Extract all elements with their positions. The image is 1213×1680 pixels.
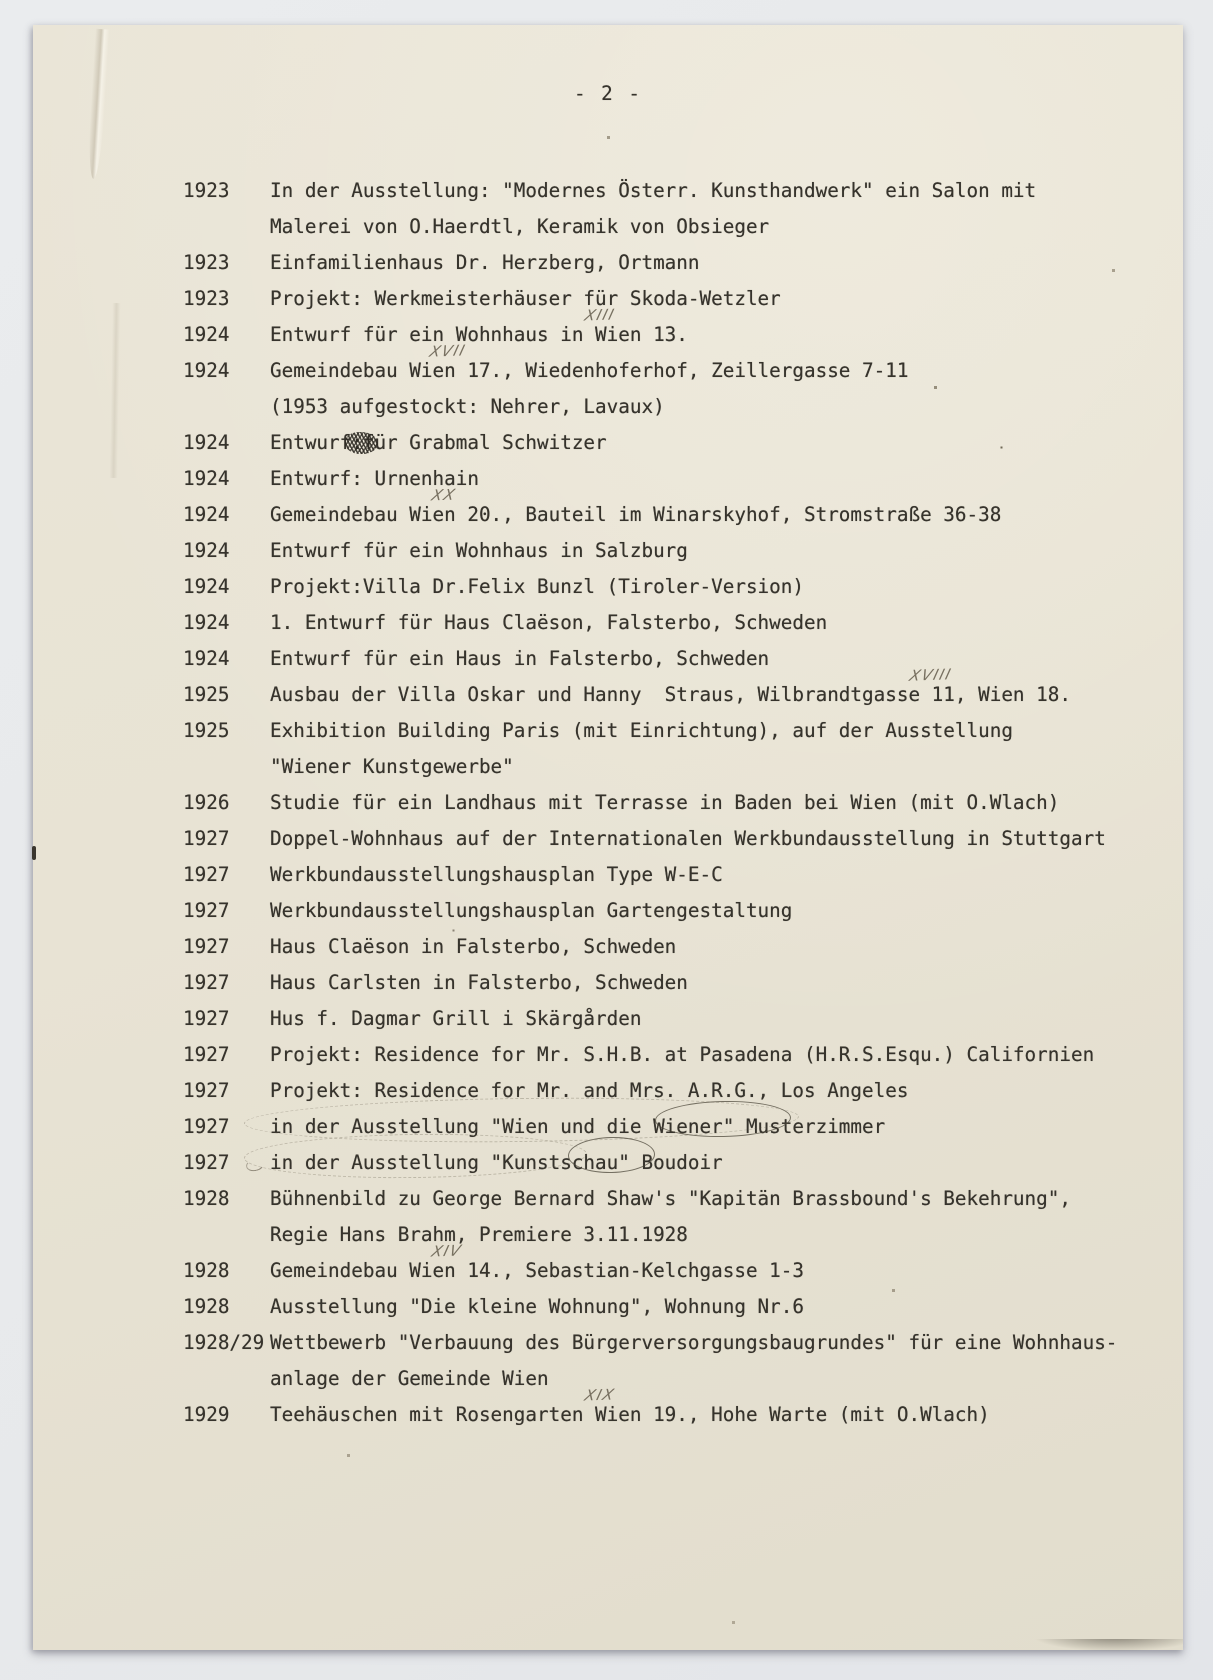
timeline-entry: 1924 Entwurf:für Grabmal Schwitzer xyxy=(33,425,1183,461)
timeline-entry: 1927 Projekt: Residence for Mr. S.H.B. a… xyxy=(33,1037,1183,1073)
timeline-entry: 1928 Bühnenbild zu George Bernard Shaw's… xyxy=(33,1181,1183,1253)
entry-line: Exhibition Building Paris (mit Einrichtu… xyxy=(270,713,1183,749)
entry-text: Gemeindebau Wien 17., Wiedenhoferhof, Ze… xyxy=(270,353,1183,425)
entry-year: 1923 xyxy=(183,281,270,317)
entry-text: Hus f. Dagmar Grill i Skärgården xyxy=(270,1001,1183,1037)
entry-year: 1928 xyxy=(183,1181,270,1217)
entry-line: 1. Entwurf für Haus Claëson, Falsterbo, … xyxy=(270,605,1183,641)
entry-line: In der Ausstellung: "Modernes Österr. Ku… xyxy=(270,173,1183,209)
entry-text: Projekt: Residence for Mr. S.H.B. at Pas… xyxy=(270,1037,1183,1073)
entry-year: 1924 xyxy=(183,641,270,677)
entry-text: Projekt: Werkmeisterhäuser für Skoda-Wet… xyxy=(270,281,1183,317)
timeline-entry: 1929 Teehäuschen mit Rosengarten Wien 19… xyxy=(33,1397,1183,1433)
entry-year: 1923 xyxy=(183,245,270,281)
entry-year: 1924 xyxy=(183,605,270,641)
ink-scribble-strikeout xyxy=(345,432,378,454)
entry-year: 1927 xyxy=(183,893,270,929)
timeline-entry: 1927 Haus Carlsten in Falsterbo, Schwede… xyxy=(33,965,1183,1001)
entry-year: 1927 xyxy=(183,1001,270,1037)
entry-text: Wettbewerb "Verbauung des Bürgerversorgu… xyxy=(270,1325,1183,1397)
entry-line: Haus Claëson in Falsterbo, Schweden xyxy=(270,929,1183,965)
entry-line: Entwurf für ein Haus in Falsterbo, Schwe… xyxy=(270,641,1183,677)
document-page: - 2 - 1923 In der Ausstellung: "Modernes… xyxy=(33,25,1183,1650)
timeline-entry: 1928 Ausstellung "Die kleine Wohnung", W… xyxy=(33,1289,1183,1325)
entry-line: Entwurf: Urnenhain xyxy=(270,461,1183,497)
entry-year: 1924 xyxy=(183,425,270,461)
timeline-entry: 1927 Hus f. Dagmar Grill i Skärgården xyxy=(33,1001,1183,1037)
timeline-entry: 1925 Exhibition Building Paris (mit Einr… xyxy=(33,713,1183,785)
pencil-roman-numeral-note: XVII xyxy=(428,343,467,359)
entry-text: Entwurf für ein Wohnhaus in Wien 13.XIII xyxy=(270,317,1183,353)
entry-year: 1927 xyxy=(183,1073,270,1109)
entry-line: Bühnenbild zu George Bernard Shaw's "Kap… xyxy=(270,1181,1183,1217)
timeline-entry: 1924 Entwurf: Urnenhain xyxy=(33,461,1183,497)
entry-year: 1927 xyxy=(183,821,270,857)
entry-line: Entwurf für ein Wohnhaus in Salzburg xyxy=(270,533,1183,569)
entry-line: Projekt: Werkmeisterhäuser für Skoda-Wet… xyxy=(270,281,1183,317)
entry-year: 1927 xyxy=(183,965,270,1001)
entry-line: (1953 aufgestockt: Nehrer, Lavaux) xyxy=(270,389,1183,425)
entry-text: Entwurf für ein Wohnhaus in Salzburg xyxy=(270,533,1183,569)
timeline-entry: 1924 Entwurf für ein Wohnhaus in Wien 13… xyxy=(33,317,1183,353)
entry-text: Entwurf:für Grabmal Schwitzer xyxy=(270,425,1183,461)
pencil-roman-numeral-note: XIV xyxy=(430,1243,464,1259)
timeline-entry: 1927 Doppel-Wohnhaus auf der Internation… xyxy=(33,821,1183,857)
entry-year: 1924 xyxy=(183,461,270,497)
entry-line: Doppel-Wohnhaus auf der Internationalen … xyxy=(270,821,1183,857)
paper-dust xyxy=(33,25,34,26)
entry-year: 1927 xyxy=(183,929,270,965)
timeline-entry: 1927 in der Ausstellung "Kunstschau" Bou… xyxy=(33,1145,1183,1181)
entry-year: 1928 xyxy=(183,1289,270,1325)
entry-text: in der Ausstellung "Kunstschau" Boudoir xyxy=(270,1145,1183,1181)
timeline-entry: 1924 Projekt:Villa Dr.Felix Bunzl (Tirol… xyxy=(33,569,1183,605)
entry-line: Gemeindebau Wien 14., Sebastian-Kelchgas… xyxy=(270,1253,1183,1289)
entry-line: Ausstellung "Die kleine Wohnung", Wohnun… xyxy=(270,1289,1183,1325)
timeline-entry: 1924 Gemeindebau Wien 20., Bauteil im Wi… xyxy=(33,497,1183,533)
entry-text: In der Ausstellung: "Modernes Österr. Ku… xyxy=(270,173,1183,245)
timeline-entry: 1927 Werkbundausstellungshausplan Garten… xyxy=(33,893,1183,929)
timeline-entry: 1927 Haus Claëson in Falsterbo, Schweden xyxy=(33,929,1183,965)
entry-text: Ausbau der Villa Oskar und Hanny Straus,… xyxy=(270,677,1183,713)
entry-year: 1927 xyxy=(183,857,270,893)
entry-text: Bühnenbild zu George Bernard Shaw's "Kap… xyxy=(270,1181,1183,1253)
timeline-entry: 1923 In der Ausstellung: "Modernes Öster… xyxy=(33,173,1183,245)
entry-line: Werkbundausstellungshausplan Type W-E-C xyxy=(270,857,1183,893)
entry-year: 1925 xyxy=(183,677,270,713)
entry-text: Doppel-Wohnhaus auf der Internationalen … xyxy=(270,821,1183,857)
entry-text: Ausstellung "Die kleine Wohnung", Wohnun… xyxy=(270,1289,1183,1325)
entry-text: Entwurf für ein Haus in Falsterbo, Schwe… xyxy=(270,641,1183,677)
entry-text: Teehäuschen mit Rosengarten Wien 19., Ho… xyxy=(270,1397,1183,1433)
entry-line: Entwurf für ein Wohnhaus in Wien 13. xyxy=(270,317,1183,353)
entry-line: Regie Hans Brahm, Premiere 3.11.1928 xyxy=(270,1217,1183,1253)
timeline-entry: 1924 Entwurf für ein Wohnhaus in Salzbur… xyxy=(33,533,1183,569)
entry-text: Entwurf: Urnenhain xyxy=(270,461,1183,497)
entry-line: "Wiener Kunstgewerbe" xyxy=(270,749,1183,785)
entry-line: Werkbundausstellungshausplan Gartengesta… xyxy=(270,893,1183,929)
entry-text: Haus Carlsten in Falsterbo, Schweden xyxy=(270,965,1183,1001)
entry-year: 1926 xyxy=(183,785,270,821)
timeline-entry: 1924 Gemeindebau Wien 17., Wiedenhoferho… xyxy=(33,353,1183,425)
entry-text: Werkbundausstellungshausplan Gartengesta… xyxy=(270,893,1183,929)
entry-line: Studie für ein Landhaus mit Terrasse in … xyxy=(270,785,1183,821)
entry-year: 1928/29 xyxy=(183,1325,270,1361)
entry-year: 1924 xyxy=(183,317,270,353)
timeline-entry: 1924 Entwurf für ein Haus in Falsterbo, … xyxy=(33,641,1183,677)
entry-line: Gemeindebau Wien 17., Wiedenhoferhof, Ze… xyxy=(270,353,1183,389)
entry-text: Werkbundausstellungshausplan Type W-E-C xyxy=(270,857,1183,893)
timeline-entry: 1927 Werkbundausstellungshausplan Type W… xyxy=(33,857,1183,893)
entry-year: 1927 xyxy=(183,1037,270,1073)
entry-line: Teehäuschen mit Rosengarten Wien 19., Ho… xyxy=(270,1397,1183,1433)
entry-text: Projekt:Villa Dr.Felix Bunzl (Tiroler-Ve… xyxy=(270,569,1183,605)
entry-line: Ausbau der Villa Oskar und Hanny Straus,… xyxy=(270,677,1183,713)
scan-background: { "page": { "page_number": "- 2 -", "bac… xyxy=(0,0,1213,1680)
entry-text: Exhibition Building Paris (mit Einrichtu… xyxy=(270,713,1183,785)
entry-year: 1924 xyxy=(183,569,270,605)
entry-year: 1929 xyxy=(183,1397,270,1433)
entry-line: Hus f. Dagmar Grill i Skärgården xyxy=(270,1001,1183,1037)
timeline-entry: 1926 Studie für ein Landhaus mit Terrass… xyxy=(33,785,1183,821)
entry-line: Projekt: Residence for Mr. S.H.B. at Pas… xyxy=(270,1037,1183,1073)
entry-line: Gemeindebau Wien 20., Bauteil im Winarsk… xyxy=(270,497,1183,533)
entry-line: Malerei von O.Haerdtl, Keramik von Obsie… xyxy=(270,209,1183,245)
timeline-entry: 1924 1. Entwurf für Haus Claëson, Falste… xyxy=(33,605,1183,641)
timeline-entry: 1925 Ausbau der Villa Oskar und Hanny St… xyxy=(33,677,1183,713)
pencil-roman-numeral-note: XIII xyxy=(583,307,617,323)
entry-year: 1924 xyxy=(183,497,270,533)
entry-line: Haus Carlsten in Falsterbo, Schweden xyxy=(270,965,1183,1001)
entry-text: Studie für ein Landhaus mit Terrasse in … xyxy=(270,785,1183,821)
entry-year: 1924 xyxy=(183,353,270,389)
entry-text: Gemeindebau Wien 20., Bauteil im Winarsk… xyxy=(270,497,1183,533)
entry-year: 1923 xyxy=(183,173,270,209)
timeline-entry: 1928 Gemeindebau Wien 14., Sebastian-Kel… xyxy=(33,1253,1183,1289)
entries-list: 1923 In der Ausstellung: "Modernes Öster… xyxy=(33,173,1183,1433)
entry-year: 1928 xyxy=(183,1253,270,1289)
pencil-roman-numeral-note: XVIII xyxy=(908,667,953,683)
entry-line: Wettbewerb "Verbauung des Bürgerversorgu… xyxy=(270,1325,1183,1361)
entry-line: Entwurf:für Grabmal Schwitzer xyxy=(270,425,1183,461)
entry-year: 1924 xyxy=(183,533,270,569)
timeline-entry: 1923 Einfamilienhaus Dr. Herzberg, Ortma… xyxy=(33,245,1183,281)
entry-text: Gemeindebau Wien 14., Sebastian-Kelchgas… xyxy=(270,1253,1183,1289)
entry-line: Projekt:Villa Dr.Felix Bunzl (Tiroler-Ve… xyxy=(270,569,1183,605)
paper-curl-shadow xyxy=(1023,1639,1183,1652)
entry-line: anlage der Gemeinde Wien xyxy=(270,1361,1183,1397)
entry-year: 1925 xyxy=(183,713,270,749)
entry-text: 1. Entwurf für Haus Claëson, Falsterbo, … xyxy=(270,605,1183,641)
entry-text: Haus Claëson in Falsterbo, Schweden xyxy=(270,929,1183,965)
page-number: - 2 - xyxy=(33,83,1183,105)
entry-text: Einfamilienhaus Dr. Herzberg, Ortmann xyxy=(270,245,1183,281)
pencil-roman-numeral-note: XX xyxy=(430,488,458,504)
entry-line: Einfamilienhaus Dr. Herzberg, Ortmann xyxy=(270,245,1183,281)
pencil-roman-numeral-note: XIX xyxy=(583,1387,617,1403)
